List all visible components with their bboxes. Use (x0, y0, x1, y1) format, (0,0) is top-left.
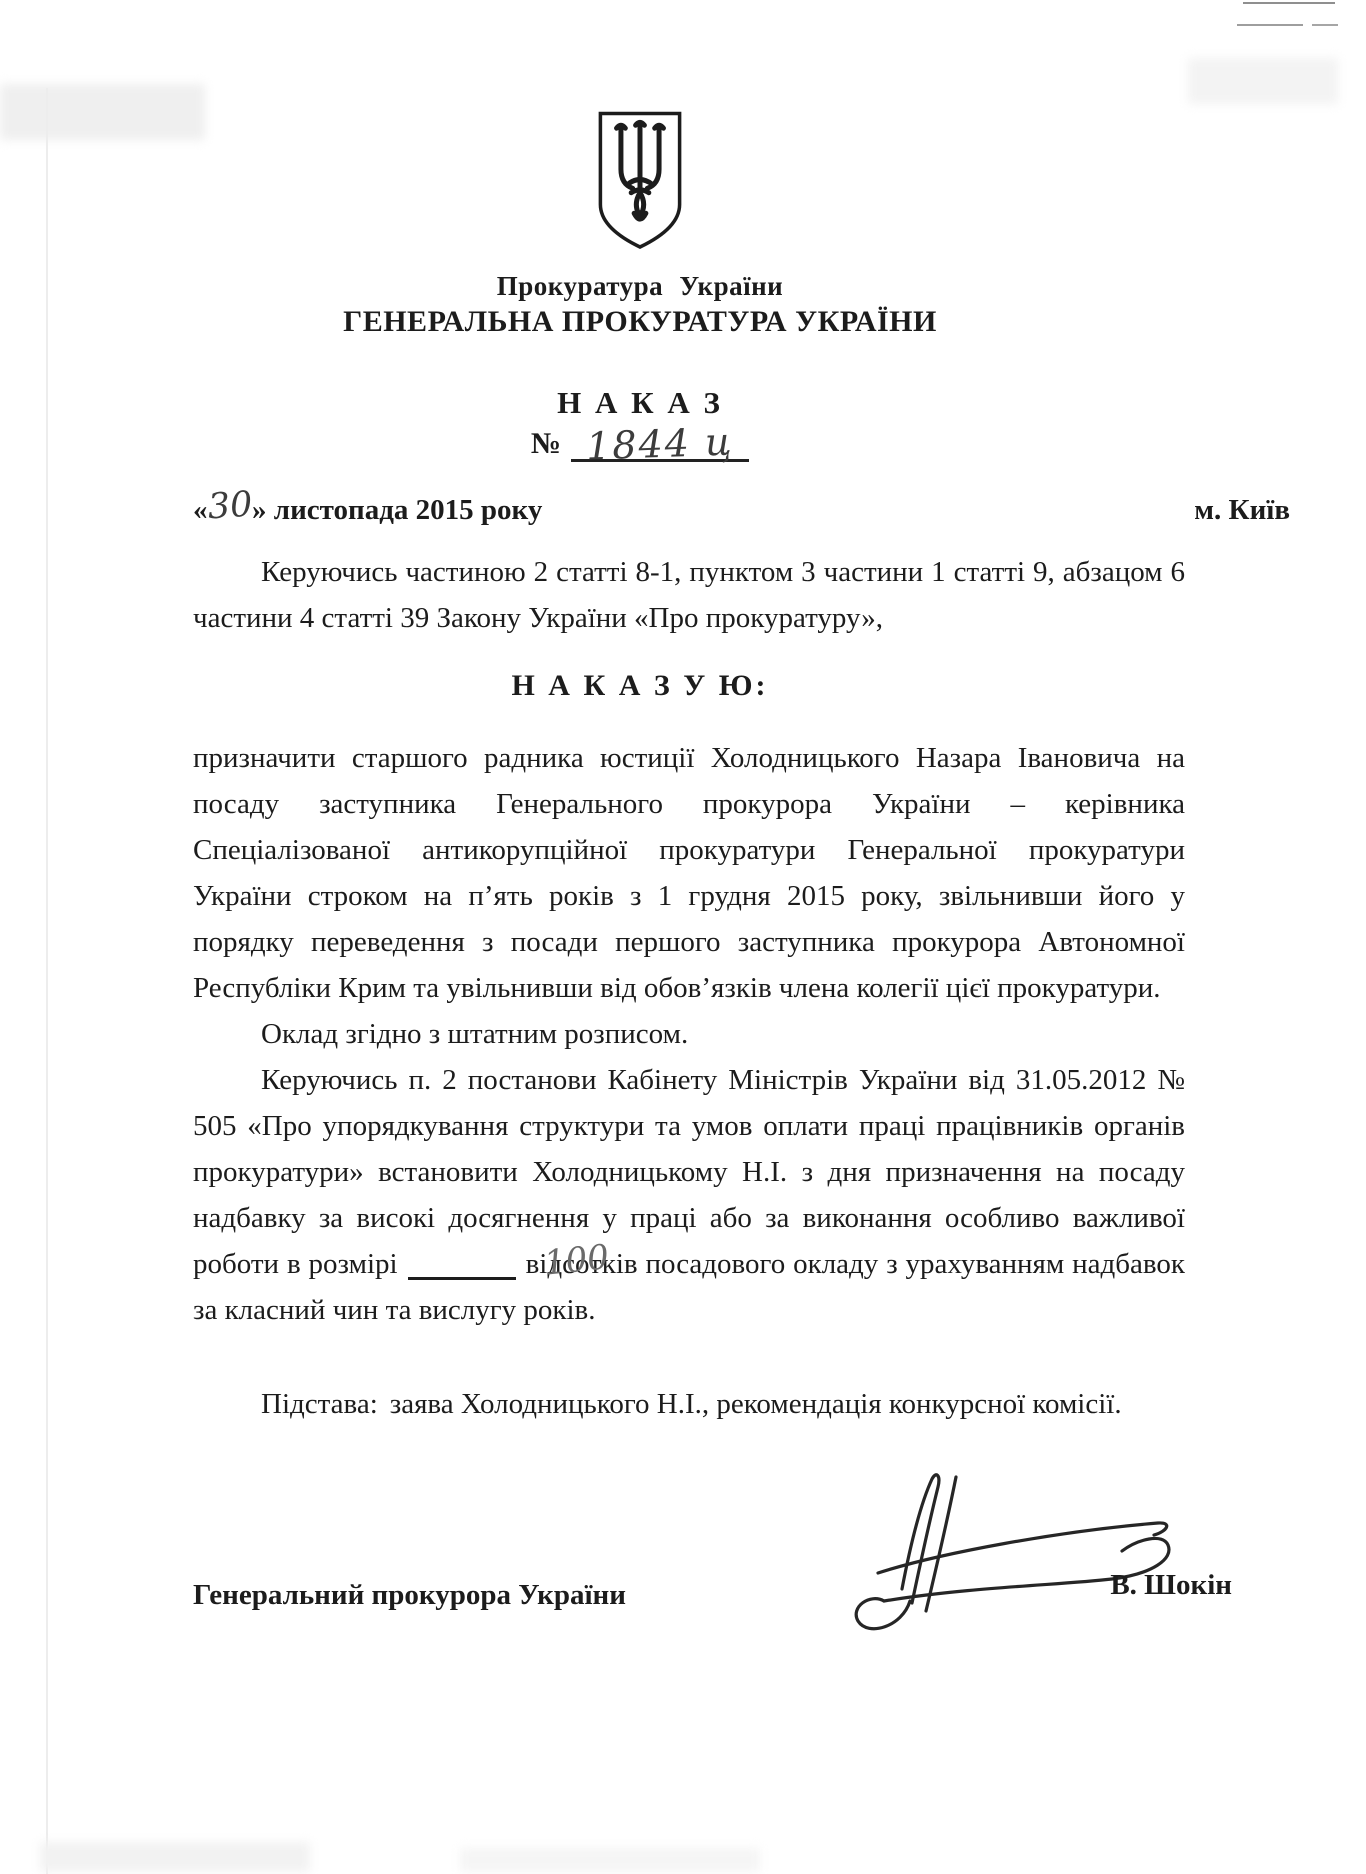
document-body: Керуючись частиною 2 статті 8-1, пунктом… (193, 549, 1185, 641)
close-quote: » (252, 494, 267, 526)
preamble-paragraph: Керуючись частиною 2 статті 8-1, пунктом… (193, 549, 1185, 641)
scan-artifact-smudge (40, 1842, 310, 1872)
basis-label: Підстава: (261, 1388, 378, 1420)
date-row: «30» листопада 2015 року м. Київ (0, 494, 1366, 527)
org-name-small: Прокуратура України (190, 271, 1090, 302)
order-title: Н А К А З (190, 385, 1090, 421)
scan-artifact-dash (1243, 2, 1335, 4)
open-quote: « (193, 494, 208, 526)
order-number-handwritten: 1844 ц (586, 426, 734, 461)
date-text: листопада 2015 року (267, 494, 543, 526)
number-sign: № (531, 427, 561, 460)
scan-artifact-smudge (1188, 58, 1338, 104)
appointment-paragraph: призначити старшого радника юстиції Холо… (193, 735, 1185, 1011)
decree-heading: Н А К А З У Ю: (190, 669, 1090, 703)
order-number-blank: 1844 ц (571, 425, 749, 462)
bonus-percent-blank: 100 (408, 1251, 516, 1280)
scan-artifact-smudge (0, 84, 205, 140)
decree-body: призначити старшого радника юстиції Холо… (193, 735, 1185, 1427)
org-name-main: ГЕНЕРАЛЬНА ПРОКУРАТУРА УКРАЇНИ (190, 305, 1090, 339)
signature-block: Генеральний прокурора України В. Шокін (0, 1523, 1366, 1693)
order-number-line: №1844 ц (190, 425, 1090, 462)
date-line: «30» листопада 2015 року (193, 494, 542, 527)
document-header: Прокуратура України ГЕНЕРАЛЬНА ПРОКУРАТУ… (190, 0, 1090, 462)
salary-sentence: Оклад згідно з штатним розписом. (193, 1011, 1185, 1057)
scan-artifact-dash (1312, 24, 1338, 26)
basis-text: заява Холодницького Н.І., рекомендація к… (390, 1388, 1122, 1420)
ukraine-trident-emblem-icon (596, 110, 684, 252)
signature-ink-icon (760, 1461, 1200, 1651)
signer-position-title: Генеральний прокурора України (193, 1579, 626, 1612)
scan-artifact-smudge (460, 1848, 760, 1872)
scan-artifact-dash (1237, 24, 1303, 26)
day-handwritten: 30 (207, 494, 253, 517)
bonus-paragraph: Керуючись п. 2 постанови Кабінету Мініст… (193, 1057, 1185, 1333)
scanned-order-document: Прокуратура України ГЕНЕРАЛЬНА ПРОКУРАТУ… (0, 0, 1366, 1874)
signer-name: В. Шокін (1110, 1569, 1232, 1602)
basis-paragraph: Підстава:заява Холодницького Н.І., реком… (193, 1381, 1185, 1427)
coat-of-arms (190, 0, 1090, 257)
city-label: м. Київ (1194, 494, 1290, 527)
